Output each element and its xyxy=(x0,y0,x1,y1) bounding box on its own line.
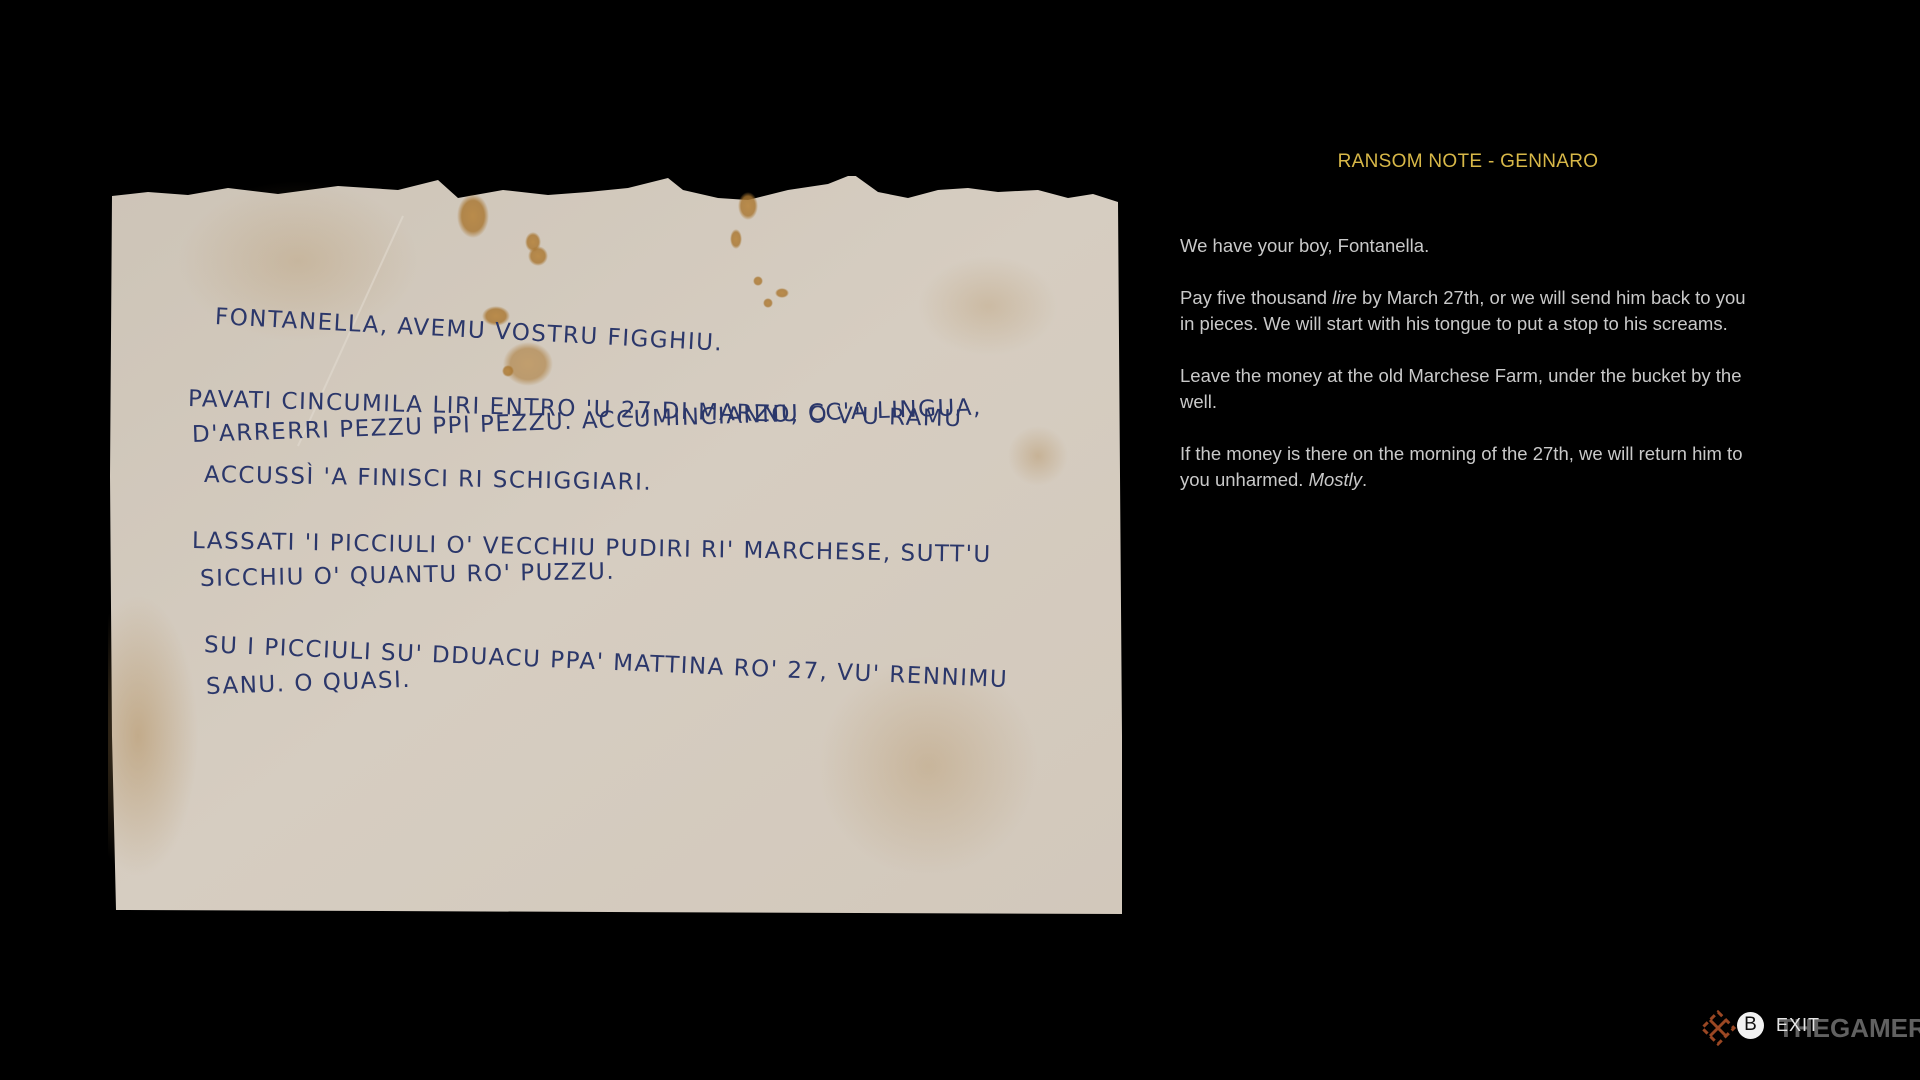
translation-text: . xyxy=(1362,469,1367,490)
translation-emphasis: lire xyxy=(1332,287,1357,308)
translation-paragraph-4: If the money is there on the morning of … xyxy=(1180,441,1760,493)
translation-text: Leave the money at the old Marchese Farm… xyxy=(1180,365,1742,412)
translation-paragraph-3: Leave the money at the old Marchese Farm… xyxy=(1180,363,1760,415)
b-button-icon: B xyxy=(1737,1012,1764,1039)
exit-label: EXIT xyxy=(1776,1015,1820,1036)
translation-paragraph-2: Pay five thousand lire by March 27th, or… xyxy=(1180,285,1760,337)
translation-emphasis: Mostly xyxy=(1309,469,1362,490)
translation-paragraph-1: We have your boy, Fontanella. xyxy=(1180,233,1760,259)
translation-text: Pay five thousand xyxy=(1180,287,1332,308)
translation-text: If the money is there on the morning of … xyxy=(1180,443,1742,490)
ransom-note-paper: Fontanella, avemu vostru figghiu. Pavati… xyxy=(108,176,1124,914)
watermark-logo-icon xyxy=(1698,1008,1738,1048)
exit-button[interactable]: B EXIT xyxy=(1737,1011,1820,1039)
note-title: RANSOM NOTE - GENNARO xyxy=(1280,151,1656,173)
translation-text: We have your boy, Fontanella. xyxy=(1180,235,1429,256)
note-translation: We have your boy, Fontanella. Pay five t… xyxy=(1180,233,1760,519)
